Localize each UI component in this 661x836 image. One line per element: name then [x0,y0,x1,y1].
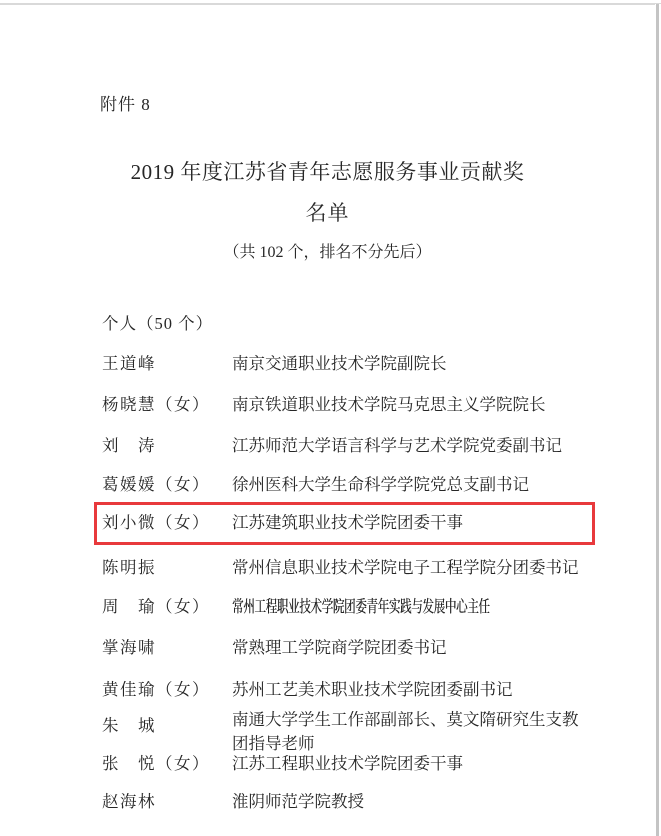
list-row: 赵海林 淮阴师范学院教授 [0,791,655,812]
person-title: 徐州医科大学生命科学学院党总支副书记 [232,474,529,495]
list-row: 杨晓慧（女） 南京铁道职业技术学院马克思主义学院院长 [0,394,655,415]
person-name: 掌海啸 [102,637,232,658]
person-name: 朱 城 [102,708,232,736]
person-name: 赵海林 [102,791,232,812]
section-heading-individuals: 个人（50 个） [102,310,213,334]
person-title: 苏州工艺美术职业技术学院团委副书记 [232,679,513,700]
attachment-label: 附件 8 [100,90,151,115]
person-title: 江苏师范大学语言科学与艺术学院党委副书记 [232,435,562,456]
person-name: 刘小微（女） [102,512,232,533]
person-title: 常熟理工学院商学院团委书记 [232,637,447,658]
award-subtitle: （共 102 个，排名不分先后） [0,239,655,262]
scrollbar-thumb[interactable] [656,4,659,836]
person-title: 南通大学学生工作部副部长、莫文隋研究生支教 团指导老师 [232,708,627,756]
list-row: 王道峰 南京交通职业技术学院副院长 [0,353,655,374]
list-row: 周 瑜（女） 常州工程职业技术学院团委青年实践与发展中心主任 [0,596,655,617]
list-row: 掌海啸 常熟理工学院商学院团委书记 [0,637,655,658]
list-row: 张 悦（女） 江苏工程职业技术学院团委干事 [0,753,655,774]
scrollbar-track[interactable] [655,4,661,836]
person-name: 刘 涛 [102,435,232,456]
person-name: 张 悦（女） [102,753,232,774]
list-row: 朱 城 南通大学学生工作部副部长、莫文隋研究生支教 团指导老师 [0,708,655,756]
person-name: 葛媛媛（女） [102,474,232,495]
person-title: 江苏工程职业技术学院团委干事 [232,753,463,774]
person-name: 陈明振 [102,557,232,578]
list-row: 刘 涛 江苏师范大学语言科学与艺术学院党委副书记 [0,435,655,456]
person-title: 常州工程职业技术学院团委青年实践与发展中心主任 [232,596,490,617]
person-name: 周 瑜（女） [102,596,232,617]
list-row: 陈明振 常州信息职业技术学院电子工程学院分团委书记 [0,557,655,578]
document-page: 附件 8 2019 年度江苏省青年志愿服务事业贡献奖 名单 （共 102 个，排… [0,0,661,836]
person-title: 南京铁道职业技术学院马克思主义学院院长 [232,394,546,415]
person-name: 杨晓慧（女） [102,394,232,415]
award-title-line2: 名单 [0,197,655,227]
person-title: 南京交通职业技术学院副院长 [232,353,447,374]
list-row: 葛媛媛（女） 徐州医科大学生命科学学院党总支副书记 [0,474,655,495]
award-title-line1: 2019 年度江苏省青年志愿服务事业贡献奖 [0,156,655,186]
person-name: 王道峰 [102,353,232,374]
person-title: 常州信息职业技术学院电子工程学院分团委书记 [232,557,579,578]
list-row-highlighted: 刘小微（女） 江苏建筑职业技术学院团委干事 [0,512,655,533]
list-row: 黄佳瑜（女） 苏州工艺美术职业技术学院团委副书记 [0,679,655,700]
person-title: 淮阴师范学院教授 [232,791,364,812]
window-top-border [0,3,661,5]
person-name: 黄佳瑜（女） [102,679,232,700]
person-title: 江苏建筑职业技术学院团委干事 [232,512,463,533]
